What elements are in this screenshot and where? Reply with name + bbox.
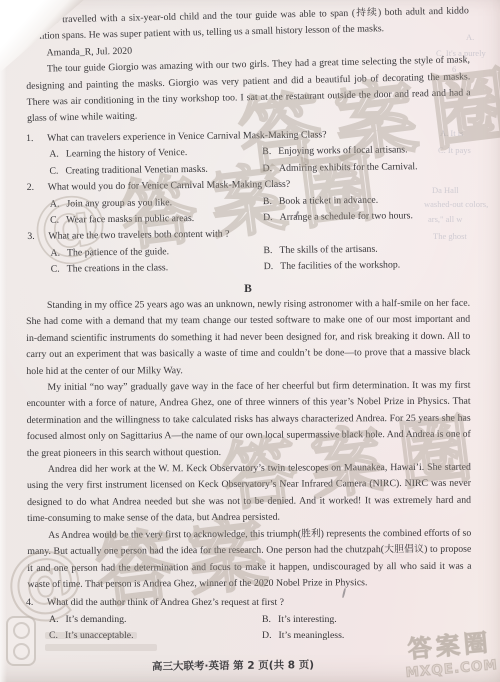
passage-paragraph-2: My initial “no way” gradually gave way i… xyxy=(26,378,470,462)
review-section: We travelled with a six-year-old child a… xyxy=(25,3,471,128)
option-label: B. xyxy=(262,146,271,157)
question-number: 3. xyxy=(27,229,48,246)
option-label: C. xyxy=(49,165,58,176)
questions-1-to-3: 1. What can travelers experience in Veni… xyxy=(26,125,472,278)
option-text: Arrange a schedule for two hours. xyxy=(280,210,413,223)
option-text: Book a ticket in advance. xyxy=(279,194,378,206)
page-content: We travelled with a six-year-old child a… xyxy=(26,13,470,644)
question-number: 4. xyxy=(26,595,47,611)
circle-glyph xyxy=(13,622,30,639)
question-1: 1. What can travelers experience in Veni… xyxy=(26,125,471,180)
option-label: A. xyxy=(50,198,60,209)
illegible-text-line xyxy=(45,644,157,651)
option-text: Admiring exhibits for the Carnival. xyxy=(279,161,418,174)
option-text: Enjoying works of local artisans. xyxy=(278,145,407,158)
option-text: The creations in the class. xyxy=(67,262,169,274)
option-b: B.It’s interesting. xyxy=(262,612,470,628)
paper-edge xyxy=(0,0,7,682)
option-c: C.The creations in the class. xyxy=(28,259,264,278)
scan-code-icon xyxy=(6,616,36,666)
question-text: What did the author think of Andrea Ghez… xyxy=(47,595,470,611)
option-d: D.The facilities of the workshop. xyxy=(264,257,472,276)
circle-glyph xyxy=(13,643,30,660)
option-label: D. xyxy=(262,630,272,641)
option-label: B. xyxy=(262,614,271,625)
option-text: The patience of the guide. xyxy=(67,246,169,258)
option-label: B. xyxy=(263,195,272,206)
question-number: 2. xyxy=(27,180,48,197)
question-3: 3. What are the two travelers both conte… xyxy=(27,224,472,279)
question-number: 1. xyxy=(26,131,47,148)
option-text: It’s interesting. xyxy=(278,614,337,625)
faint-stamp-text xyxy=(45,627,157,656)
option-label: D. xyxy=(263,212,273,223)
passage-b: Standing in my office 25 years ago was a… xyxy=(26,296,472,594)
option-text: Learning the history of Venice. xyxy=(66,147,188,159)
option-label: A. xyxy=(49,149,59,160)
answer-site-stamp: 答案圈 MXQE.COM xyxy=(401,622,498,681)
passage-paragraph-3: Andrea did her work at the W. M. Keck Ob… xyxy=(27,460,471,528)
option-label: C. xyxy=(50,214,59,225)
option-label: C. xyxy=(51,264,60,275)
option-text: Join any group as you like. xyxy=(66,197,172,209)
exam-paper-page: 答案圈 @答案圈 答案圈 @答案 A. C. It's a purely 6 A… xyxy=(0,0,500,682)
question-2: 2. What would you do for Venice Carnival… xyxy=(27,175,472,230)
faint-wechat-stamp xyxy=(6,616,157,666)
option-label: D. xyxy=(262,163,272,174)
option-label: B. xyxy=(263,245,272,256)
option-text: Wear face masks in public areas. xyxy=(66,213,194,226)
option-label: D. xyxy=(264,261,274,272)
passage-paragraph-4: As Andrea would be the very first to ack… xyxy=(27,525,471,593)
option-label: A. xyxy=(50,247,60,258)
section-b-header: B xyxy=(26,281,470,297)
option-text: Creating traditional Venetian masks. xyxy=(65,163,208,176)
option-text: The facilities of the workshop. xyxy=(280,260,400,272)
option-text: The skills of the artisans. xyxy=(279,243,377,255)
illegible-text-line xyxy=(45,632,137,639)
review-paragraph-2: The tour guide Giorgio was amazing with … xyxy=(26,53,471,128)
option-text: It’s meaningless. xyxy=(279,630,345,641)
passage-paragraph-1: Standing in my office 25 years ago was a… xyxy=(26,296,470,380)
